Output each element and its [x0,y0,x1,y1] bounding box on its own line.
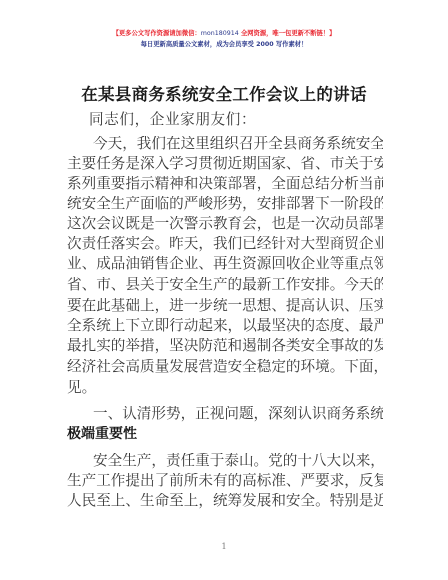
paragraph-line: 今天，我们在这里组织召开全县商务系统安全工作会议， [93,136,383,152]
document-title: 在某县商务系统安全工作会议上的讲话 [0,86,448,104]
section-heading-line: 一、认清形势，正视问题，深刻认识商务系统安全生产的 [93,406,383,422]
paragraph-line: 生产工作提出了前所未有的高标准、严要求，反复强调要坚持 [67,473,383,489]
paragraph-line: 系列重要指示精神和决策部署，全面总结分析当前我县商务系 [67,176,383,192]
promo-banner-line-1: 【更多公文写作资源请加微信：mon180914 全网资源，唯一包更新不断链！】 [0,30,448,38]
paragraph-line: 人民至上、生命至上，统筹发展和安全。特别是近期，省委省 [67,493,383,509]
page-number: 1 [0,542,448,551]
greeting: 同志们，企业家朋友们： [89,112,256,128]
paragraph-line: 要在此基础上，进一步统一思想、提高认识、压实责任，动员 [67,298,383,314]
paragraph-line: 最扎实的举措，坚决防范和遏制各类安全事故的发生，为全县 [67,338,383,354]
paragraph-line: 见。 [67,380,383,396]
paragraph-line: 次责任落实会。昨天，我们已经针对大型商贸企业、餐饮企 [67,236,383,252]
paragraph-line: 安全生产，责任重于泰山。党的十八大以来，中央对安全 [93,453,383,469]
paragraph-line: 主要任务是深入学习贯彻近期国家、省、市关于安全生产的一 [67,156,383,172]
paragraph-line: 这次会议既是一次警示教育会，也是一次动员部署会，更是一 [67,216,383,232]
paragraph-line: 统安全生产面临的严峻形势，安排部署下一阶段的重点工作。 [67,196,383,212]
promo-suffix: 全网资源，唯一包更新不断链！】 [239,30,336,37]
promo-prefix: 【更多公文写作资源请加微信： [113,30,201,37]
paragraph-line: 全系统上下立即行动起来，以最坚决的态度、最严格的要求、 [67,318,383,334]
promo-banner-line-2: 每日更新高质量公文素材，成为会员享受 2000 写作素材！ [0,41,448,49]
section-heading-emphasis: 极端重要性 [67,426,383,442]
paragraph-line: 业、成品油销售企业、再生资源回收企业等重点领域，传达了 [67,256,383,272]
paragraph-line: 省、市、县关于安全生产的最新工作安排。今天的会议，就是 [67,277,383,293]
paragraph-line: 经济社会高质量发展营造安全稳定的环境。下面，我讲三点意 [67,359,383,375]
document-page: 【更多公文写作资源请加微信：mon180914 全网资源，唯一包更新不断链！】 … [0,0,448,580]
promo-wechat-id: mon180914 [201,30,239,37]
